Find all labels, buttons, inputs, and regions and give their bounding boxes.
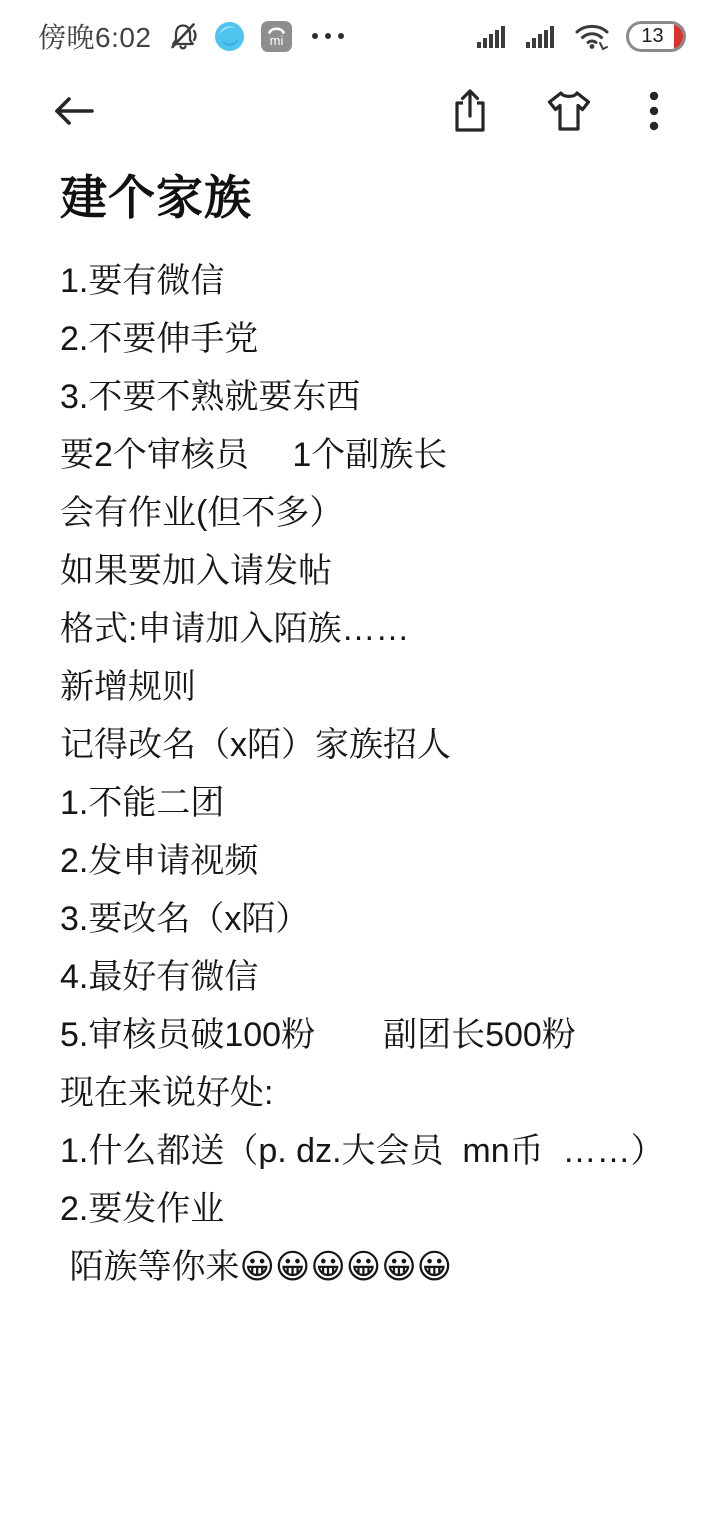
content-line: 格式:申请加入陌族…… [60, 600, 660, 658]
content-line: 2.发申请视频 [60, 832, 660, 890]
content-line: 1.不能二团 [60, 774, 660, 832]
muted-bell-icon [167, 20, 199, 52]
share-icon [450, 88, 490, 134]
content-line: 1.什么都送（p. dz.大会员 mn币 ……） [60, 1122, 660, 1180]
share-button[interactable] [450, 88, 490, 134]
content-line: 1.要有微信 [60, 252, 660, 310]
content-line: 会有作业(但不多） [60, 484, 660, 542]
content-line: 陌族等你来😀😀😀😀😀😀 [60, 1238, 660, 1296]
toolbar-right [450, 88, 660, 134]
battery-level-red [674, 24, 683, 49]
back-arrow-icon [50, 90, 96, 132]
kebab-menu-icon [648, 89, 660, 133]
content-line: 现在来说好处: [60, 1064, 660, 1122]
content-line: 4.最好有微信 [60, 948, 660, 1006]
content-line: 记得改名（x陌）家族招人 [60, 716, 660, 774]
content-line: 2.要发作业 [60, 1180, 660, 1238]
wifi-calling-icon [573, 21, 611, 51]
theme-button[interactable] [544, 89, 594, 133]
content-line: 新增规则 [60, 658, 660, 716]
ellipsis-icon [312, 33, 344, 39]
content-line: 3.要改名（x陌） [60, 890, 660, 948]
mi-store-icon: mi [260, 20, 293, 53]
post-body: 1.要有微信 2.不要伸手党 3.不要不熟就要东西 要2个审核员 1个副族长 会… [60, 252, 660, 1296]
battery-icon: 13 [626, 21, 686, 52]
status-bar-left: 傍晚6:02 mi [38, 16, 344, 56]
cellular-signal-icon [475, 22, 509, 50]
tshirt-theme-icon [544, 89, 594, 133]
content-line: 2.不要伸手党 [60, 310, 660, 368]
more-menu-button[interactable] [648, 89, 660, 133]
back-button[interactable] [50, 90, 96, 132]
content-line: 要2个审核员 1个副族长 [60, 426, 660, 484]
messenger-blue-icon [214, 21, 245, 52]
status-time: 傍晚6:02 [38, 16, 152, 56]
content-line: 如果要加入请发帖 [60, 542, 660, 600]
toolbar [0, 62, 720, 148]
content-line: 3.不要不熟就要东西 [60, 368, 660, 426]
mi-store-label: mi [269, 33, 283, 48]
content-line: 5.审核员破100粉 副团长500粉 [60, 1006, 660, 1064]
status-bar: 傍晚6:02 mi [0, 0, 720, 62]
page-title: 建个家族 [60, 172, 720, 224]
cellular-signal-2-icon [524, 22, 558, 50]
status-bar-right: 13 [475, 21, 686, 52]
screen: 傍晚6:02 mi [0, 0, 720, 1520]
